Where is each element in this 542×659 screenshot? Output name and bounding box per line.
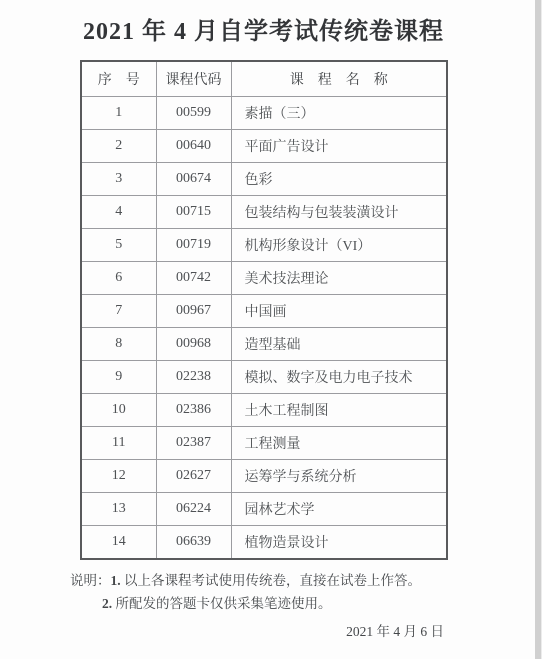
cell-no: 14 [81, 526, 156, 559]
note-text: 所配发的答题卡仅供采集笔迹使用。 [116, 596, 332, 611]
table-row: 1306224园林艺术学 [81, 493, 447, 526]
table-row: 500719机构形象设计（VI） [81, 229, 447, 262]
note-number: 2. [102, 596, 112, 611]
cell-name: 模拟、数字及电力电子技术 [231, 361, 447, 394]
table-row: 200640平面广告设计 [81, 130, 447, 163]
cell-name: 平面广告设计 [231, 130, 447, 163]
cell-no: 5 [81, 229, 156, 262]
course-table: 序 号 课程代码 课 程 名 称 100599素描（三）200640平面广告设计… [80, 60, 448, 560]
cell-no: 1 [81, 97, 156, 130]
cell-code: 00640 [156, 130, 231, 163]
notes-label: 说明： [70, 573, 111, 588]
cell-code: 00968 [156, 328, 231, 361]
cell-code: 00967 [156, 295, 231, 328]
note-number: 1. [111, 573, 121, 588]
cell-no: 4 [81, 196, 156, 229]
cell-code: 00719 [156, 229, 231, 262]
cell-name: 园林艺术学 [231, 493, 447, 526]
cell-no: 10 [81, 394, 156, 427]
table-row: 1406639植物造景设计 [81, 526, 447, 559]
cell-code: 00599 [156, 97, 231, 130]
cell-name: 色彩 [231, 163, 447, 196]
document-date: 2021 年 4 月 6 日 [0, 620, 444, 640]
header-cell-code: 课程代码 [156, 61, 231, 97]
cell-name: 造型基础 [231, 328, 447, 361]
cell-name: 中国画 [231, 295, 447, 328]
cell-name: 运筹学与系统分析 [231, 460, 447, 493]
table-row: 1202627运筹学与系统分析 [81, 460, 447, 493]
table-row: 902238模拟、数字及电力电子技术 [81, 361, 447, 394]
header-cell-name: 课 程 名 称 [231, 61, 447, 97]
cell-no: 13 [81, 493, 156, 526]
cell-code: 00742 [156, 262, 231, 295]
cell-name: 土木工程制图 [231, 394, 447, 427]
cell-name: 包装结构与包装装潢设计 [231, 196, 447, 229]
table-row: 400715包装结构与包装装潢设计 [81, 196, 447, 229]
cell-no: 3 [81, 163, 156, 196]
cell-code: 02627 [156, 460, 231, 493]
cell-code: 00674 [156, 163, 231, 196]
cell-code: 02238 [156, 361, 231, 394]
table-row: 700967中国画 [81, 295, 447, 328]
cell-name: 机构形象设计（VI） [231, 229, 447, 262]
cell-code: 00715 [156, 196, 231, 229]
cell-no: 6 [81, 262, 156, 295]
cell-name: 植物造景设计 [231, 526, 447, 559]
header-cell-no: 序 号 [81, 61, 156, 97]
table-row: 300674色彩 [81, 163, 447, 196]
cell-no: 2 [81, 130, 156, 163]
notes-block: 说明：1. 以上各课程考试使用传统卷，直接在试卷上作答。 2. 所配发的答题卡仅… [70, 570, 421, 615]
note-item: 说明：1. 以上各课程考试使用传统卷，直接在试卷上作答。 [70, 570, 421, 593]
cell-no: 12 [81, 460, 156, 493]
cell-no: 9 [81, 361, 156, 394]
table-row: 1102387工程测量 [81, 427, 447, 460]
note-item: 2. 所配发的答题卡仅供采集笔迹使用。 [70, 593, 421, 616]
cell-no: 7 [81, 295, 156, 328]
table-row: 600742美术技法理论 [81, 262, 447, 295]
table-row: 1002386土木工程制图 [81, 394, 447, 427]
cell-code: 02387 [156, 427, 231, 460]
course-table-body: 100599素描（三）200640平面广告设计300674色彩400715包装结… [81, 97, 447, 559]
document-page: 2021 年 4 月自学考试传统卷课程 序 号 课程代码 课 程 名 称 100… [0, 0, 542, 659]
cell-code: 02386 [156, 394, 231, 427]
cell-no: 11 [81, 427, 156, 460]
cell-name: 素描（三） [231, 97, 447, 130]
table-header-row: 序 号 课程代码 课 程 名 称 [81, 61, 447, 97]
table-row: 100599素描（三） [81, 97, 447, 130]
cell-name: 工程测量 [231, 427, 447, 460]
cell-code: 06224 [156, 493, 231, 526]
page-title: 2021 年 4 月自学考试传统卷课程 [0, 11, 527, 46]
cell-name: 美术技法理论 [231, 262, 447, 295]
cell-code: 06639 [156, 526, 231, 559]
note-text: 以上各课程考试使用传统卷，直接在试卷上作答。 [124, 573, 421, 588]
cell-no: 8 [81, 328, 156, 361]
table-row: 800968造型基础 [81, 328, 447, 361]
